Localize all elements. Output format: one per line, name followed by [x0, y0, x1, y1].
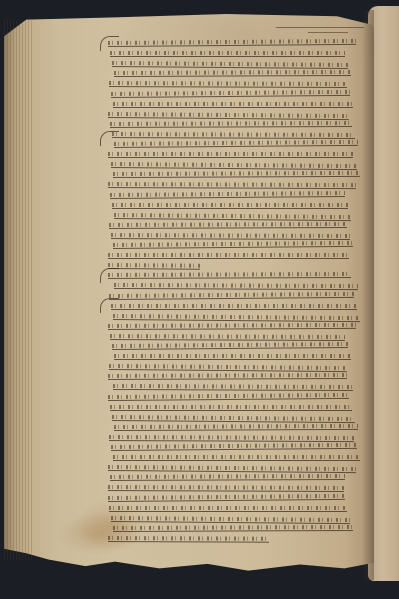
handwritten-line: [108, 271, 351, 279]
handwritten-line: [112, 202, 348, 209]
handwritten-line: [113, 170, 360, 178]
handwritten-line: [114, 353, 351, 360]
handwritten-line: [113, 383, 353, 391]
handwritten-line: [108, 322, 356, 330]
handwritten-line: [114, 423, 358, 431]
margin-annotation-text: marginal note (illegible): [268, 24, 269, 25]
handwritten-line: [112, 341, 348, 350]
initial-flourish: [100, 268, 119, 283]
handwritten-line: [109, 80, 347, 88]
handwritten-line: [108, 151, 353, 158]
handwritten-line: [108, 391, 349, 400]
handwritten-line: [109, 290, 354, 299]
handwritten-line: [114, 212, 351, 221]
handwritten-line: [111, 303, 357, 310]
handwritten-line: [110, 473, 345, 481]
handwritten-line: [108, 181, 356, 189]
handwritten-line: [114, 139, 358, 148]
handwritten-line: [110, 120, 352, 128]
handwritten-line: [113, 454, 360, 461]
handwritten-line: [111, 161, 357, 170]
handwritten-line: [110, 50, 345, 57]
initial-flourish: [100, 131, 119, 146]
handwritten-line: [114, 69, 351, 77]
handwritten-line: [113, 313, 360, 322]
margin-annotation: marginal note (illegible): [268, 24, 368, 33]
handwritten-line: [110, 404, 352, 411]
handwritten-line: [114, 282, 358, 290]
handwritten-line: [108, 252, 349, 259]
handwritten-line: [111, 232, 350, 240]
handwritten-line: [108, 484, 344, 492]
handwritten-line: [110, 189, 345, 198]
handwritten-line: [108, 262, 200, 270]
handwritten-line: [108, 464, 356, 473]
handwritten-line: [108, 38, 356, 47]
handwritten-text-block: Page of a bound 17th-century manuscript …: [108, 40, 370, 550]
handwritten-line: [111, 88, 350, 97]
initial-flourish: [100, 298, 119, 313]
handwritten-line: [113, 240, 353, 249]
initial-flourish: [100, 36, 119, 51]
handwritten-line: [109, 434, 354, 442]
handwritten-line: [112, 414, 355, 423]
handwritten-line: [112, 131, 355, 139]
handwritten-line: [110, 333, 345, 341]
handwritten-line: [111, 442, 357, 451]
handwritten-line: [113, 524, 353, 532]
handwritten-line: [108, 492, 345, 501]
handwritten-line: [111, 515, 350, 524]
handwritten-line: [112, 60, 348, 69]
handwritten-line: [109, 363, 347, 372]
manuscript-photo: marginal note (illegible) Page of a boun…: [0, 0, 399, 599]
handwritten-line: [109, 505, 347, 512]
handwritten-line: [113, 101, 353, 108]
handwritten-line: [108, 111, 349, 120]
handwritten-line: [108, 372, 347, 380]
page-edge-stack: [4, 20, 32, 560]
handwritten-line: [108, 535, 269, 543]
handwritten-line: [109, 221, 347, 229]
